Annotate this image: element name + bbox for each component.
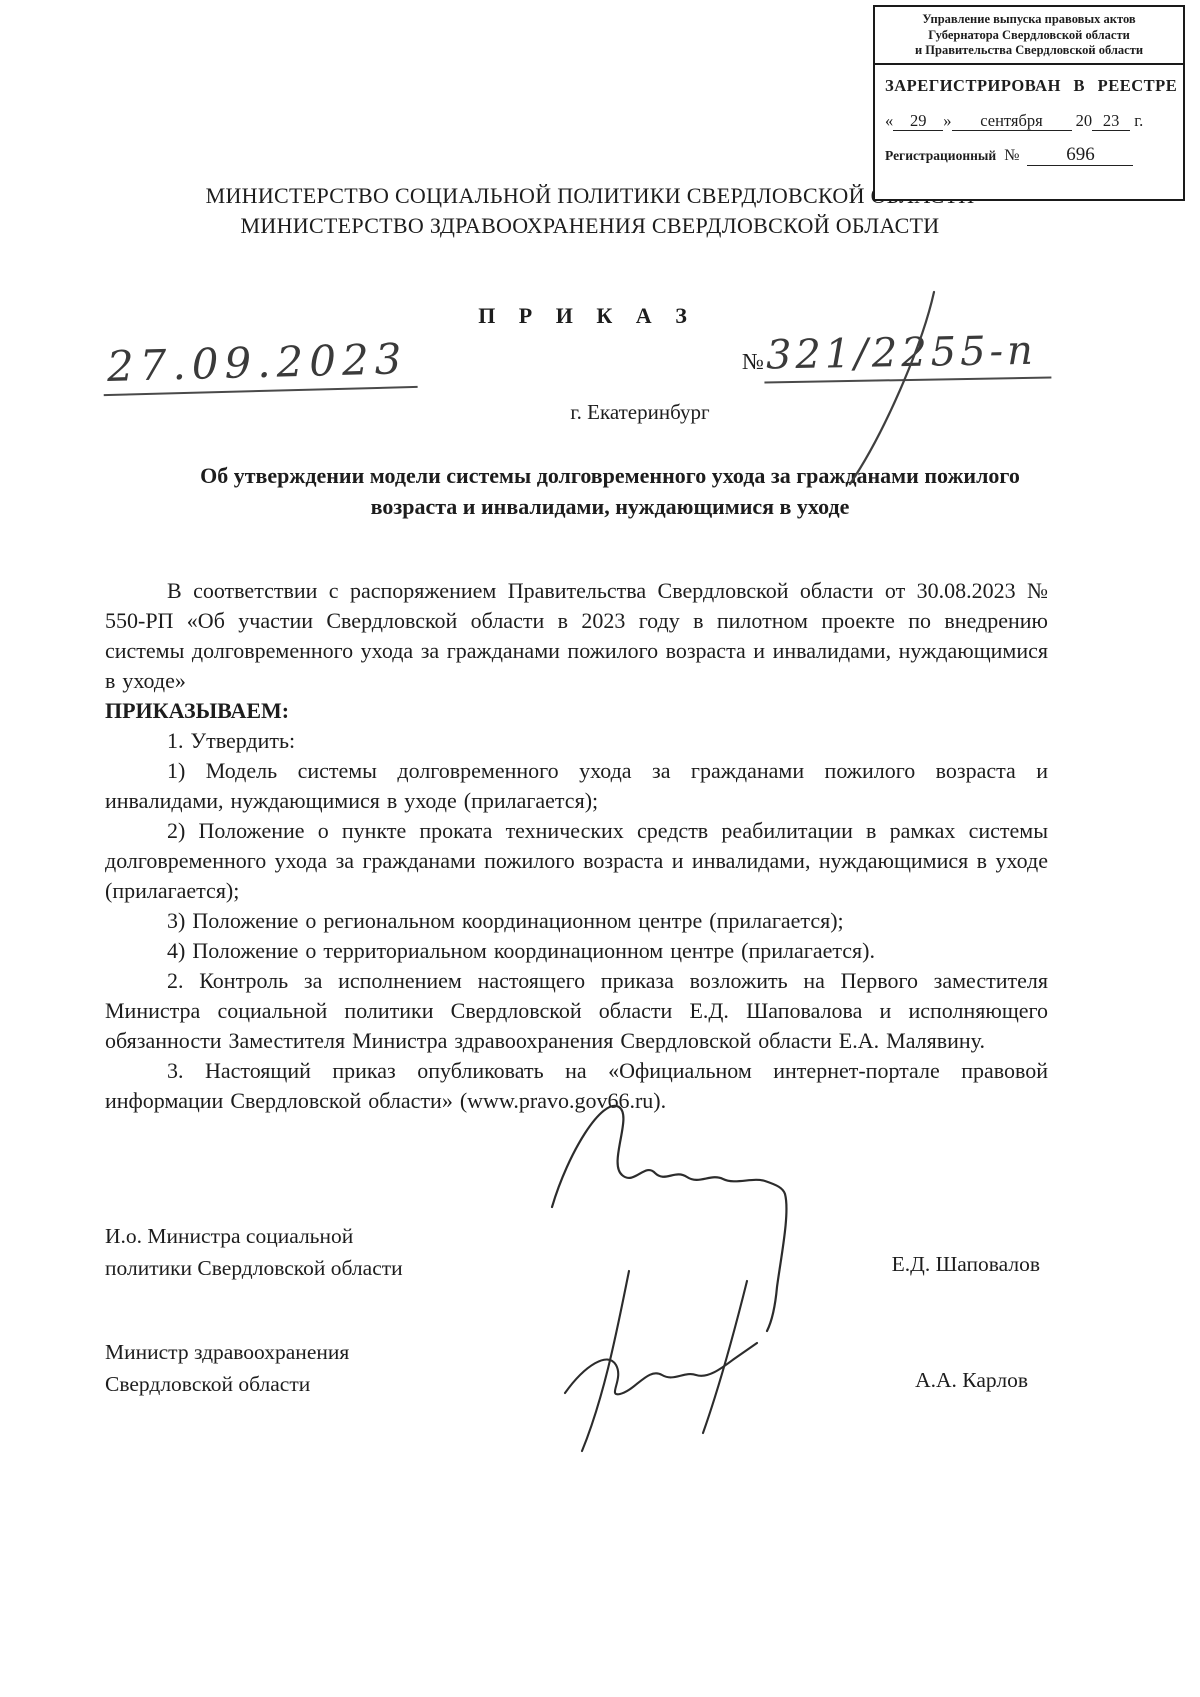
stamp-office-line1: Управление выпуска правовых актов (879, 12, 1179, 28)
registry-stamp: Управление выпуска правовых актов Губерн… (873, 5, 1185, 201)
stamp-registered-title: ЗАРЕГИСТРИРОВАН В РЕЕСТРЕ (875, 65, 1183, 96)
order-number-sign: № (742, 350, 764, 381)
stamp-date-line: «29»сентября 2023 г. (875, 96, 1183, 131)
stamp-office-line2: Губернатора Свердловской области (879, 28, 1179, 44)
order-city: г. Екатеринбург (0, 400, 1200, 425)
stamp-office-name: Управление выпуска правовых актов Губерн… (875, 7, 1183, 65)
document-page: Управление выпуска правовых актов Губерн… (0, 0, 1200, 1697)
order-item: 1. Утвердить: (105, 726, 1048, 756)
stamp-number-sign: № (1004, 147, 1019, 164)
stamp-date-year: 23 (1092, 112, 1130, 131)
signer-name-karlov: А.А. Карлов (915, 1368, 1028, 1393)
order-item: 2) Положение о пункте проката технически… (105, 816, 1048, 906)
decree-word: ПРИКАЗЫВАЕМ: (105, 696, 1048, 726)
preamble-paragraph: В соответствии с распоряжением Правитель… (105, 576, 1048, 696)
handwritten-long-slash (838, 288, 948, 488)
order-item: 1) Модель системы долговременного ухода … (105, 756, 1048, 816)
handwritten-order-date: 27.09.2023 (102, 334, 418, 396)
stamp-date-month: сентября (952, 112, 1072, 131)
stamp-registration-label: Регистрационный (885, 148, 996, 163)
stamp-date-open-quote: « (885, 111, 893, 130)
stamp-office-line3: и Правительства Свердловской области (879, 43, 1179, 59)
order-kind-title: П Р И К А З (0, 303, 1174, 329)
stamp-registration-number-line: Регистрационный № 696 (875, 131, 1183, 166)
signer-position-shapovalov: И.о. Министра социальной политики Свердл… (105, 1220, 403, 1284)
order-item: 4) Положение о территориальном координац… (105, 936, 1048, 966)
order-item: 2. Контроль за исполнением настоящего пр… (105, 966, 1048, 1056)
stamp-date-day: 29 (893, 112, 943, 131)
signer-name-shapovalov: Е.Д. Шаповалов (892, 1252, 1040, 1277)
stamp-registration-value: 696 (1027, 145, 1133, 166)
signature-karlov (555, 1263, 767, 1471)
order-body: В соответствии с распоряжением Правитель… (105, 576, 1048, 1116)
ministry-line-healthcare: МИНИСТЕРСТВО ЗДРАВООХРАНЕНИЯ СВЕРДЛОВСКО… (0, 211, 1180, 241)
stamp-date-close-quote: » (943, 111, 951, 130)
signer-position-karlov: Министр здравоохранения Свердловской обл… (105, 1336, 349, 1400)
stamp-date-suffix: г. (1134, 111, 1143, 130)
stamp-date-century: 20 (1076, 111, 1093, 130)
order-item: 3) Положение о региональном координацион… (105, 906, 1048, 936)
